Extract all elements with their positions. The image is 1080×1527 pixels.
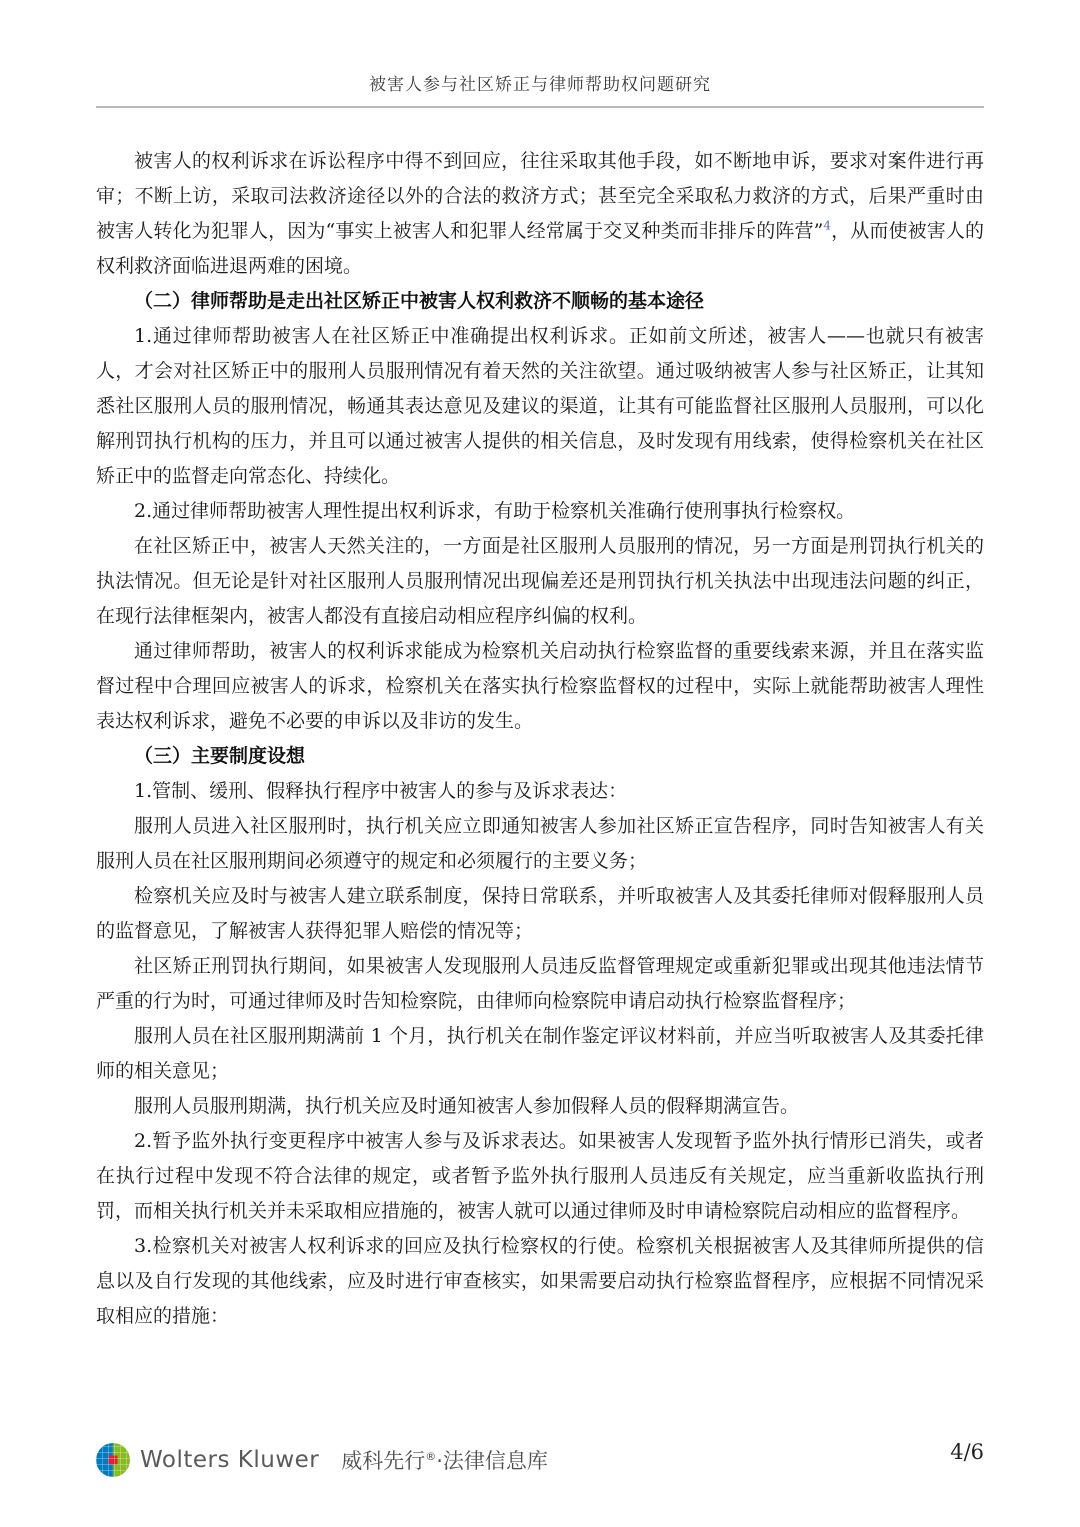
paragraph: 2.暂予监外执行变更程序中被害人参与及诉求表达。如果被害人发现暂予监外执行情形已…	[96, 1124, 984, 1229]
section-heading: （三）主要制度设想	[96, 739, 984, 774]
running-head-title: 被害人参与社区矫正与律师帮助权问题研究	[369, 70, 711, 95]
paragraph: 检察机关应及时与被害人建立联系制度，保持日常联系，并听取被害人及其委托律师对假释…	[96, 879, 984, 949]
page-header: 被害人参与社区矫正与律师帮助权问题研究	[0, 0, 1080, 95]
paragraph: 1.管制、缓刑、假释执行程序中被害人的参与及诉求表达：	[96, 774, 984, 809]
product-name-text: 威科先行	[341, 1449, 425, 1473]
paragraph: 1.通过律师帮助被害人在社区矫正中准确提出权利诉求。正如前文所述，被害人——也就…	[96, 319, 984, 494]
paragraph: 服刑人员服刑期满，执行机关应及时通知被害人参加假释人员的假释期满宣告。	[96, 1089, 984, 1124]
paragraph: 社区矫正刑罚执行期间，如果被害人发现服刑人员违反监督管理规定或重新犯罪或出现其他…	[96, 949, 984, 1019]
page-number: 4/6	[950, 1440, 984, 1464]
section-heading: （二）律师帮助是走出社区矫正中被害人权利救济不顺畅的基本途径	[96, 284, 984, 319]
header-divider	[96, 106, 984, 108]
brand-name: Wolters Kluwer	[140, 1447, 319, 1473]
paragraph: 被害人的权利诉求在诉讼程序中得不到回应，往往采取其他手段，如不断地申诉，要求对案…	[96, 144, 984, 284]
document-page: 被害人参与社区矫正与律师帮助权问题研究 被害人的权利诉求在诉讼程序中得不到回应，…	[0, 0, 1080, 1527]
page-footer: Wolters Kluwer 威科先行®·法律信息库 4/6	[96, 1438, 984, 1482]
paragraph: 在社区矫正中，被害人天然关注的，一方面是社区服刑人员服刑的情况，另一方面是刑罚执…	[96, 529, 984, 634]
wolters-kluwer-logo-icon	[96, 1443, 130, 1477]
product-name-suffix: ·法律信息库	[436, 1449, 548, 1473]
registered-trademark-symbol: ®	[425, 1450, 436, 1463]
paragraph: 通过律师帮助，被害人的权利诉求能成为检察机关启动执行检察监督的重要线索来源，并且…	[96, 634, 984, 739]
product-name: 威科先行®·法律信息库	[341, 1445, 548, 1475]
footnote-reference[interactable]: 4	[823, 219, 831, 233]
document-body: 被害人的权利诉求在诉讼程序中得不到回应，往往采取其他手段，如不断地申诉，要求对案…	[96, 144, 984, 1334]
paragraph: 服刑人员在社区服刑期满前 1 个月，执行机关在制作鉴定评议材料前，并应当听取被害…	[96, 1019, 984, 1089]
paragraph: 服刑人员进入社区服刑时，执行机关应立即通知被害人参加社区矫正宣告程序，同时告知被…	[96, 809, 984, 879]
paragraph: 2.通过律师帮助被害人理性提出权利诉求，有助于检察机关准确行使刑事执行检察权。	[96, 494, 984, 529]
paragraph: 3.检察机关对被害人权利诉求的回应及执行检察权的行使。检察机关根据被害人及其律师…	[96, 1229, 984, 1334]
